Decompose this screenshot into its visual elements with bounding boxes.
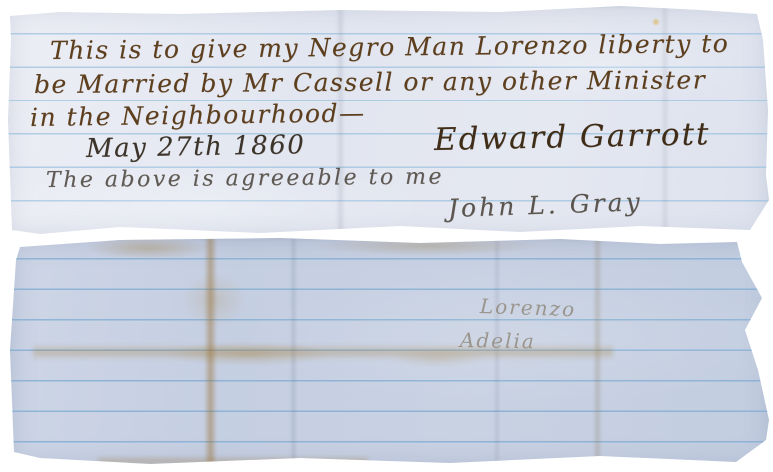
fold-crease xyxy=(290,238,297,468)
signature-edward-garrott: Edward Garrott xyxy=(434,116,711,158)
paper-fragment-top: This is to give my Negro Man Lorenzo lib… xyxy=(6,6,770,238)
handwriting-body-line-2: be Married by Mr Cassell or any other Mi… xyxy=(34,65,706,99)
handwriting-body-line-3: in the Neighbourhood— xyxy=(30,98,366,132)
fold-crease-stained xyxy=(204,238,217,468)
signature-john-gray: John L. Gray xyxy=(447,187,643,223)
handwriting-date: May 27th 1860 xyxy=(86,130,306,164)
faint-handwriting-lorenzo: Lorenzo xyxy=(480,294,577,321)
paper-fragment-bottom: Lorenzo Adelia xyxy=(8,238,773,468)
stain-bottom-edge xyxy=(98,456,368,466)
fold-crease xyxy=(593,238,602,468)
paper-texture-bottom xyxy=(8,238,773,468)
handwriting-body-line-1: This is to give my Negro Man Lorenzo lib… xyxy=(50,29,730,65)
faint-handwriting-adelia: Adelia xyxy=(460,328,536,353)
handwriting-agreement-line: The above is agreeable to me xyxy=(46,165,444,193)
ruled-lines-bottom xyxy=(8,238,773,468)
scanned-document-page: { "scan": { "fragment_top": { "body_line… xyxy=(0,0,773,472)
fold-crease xyxy=(494,238,500,468)
